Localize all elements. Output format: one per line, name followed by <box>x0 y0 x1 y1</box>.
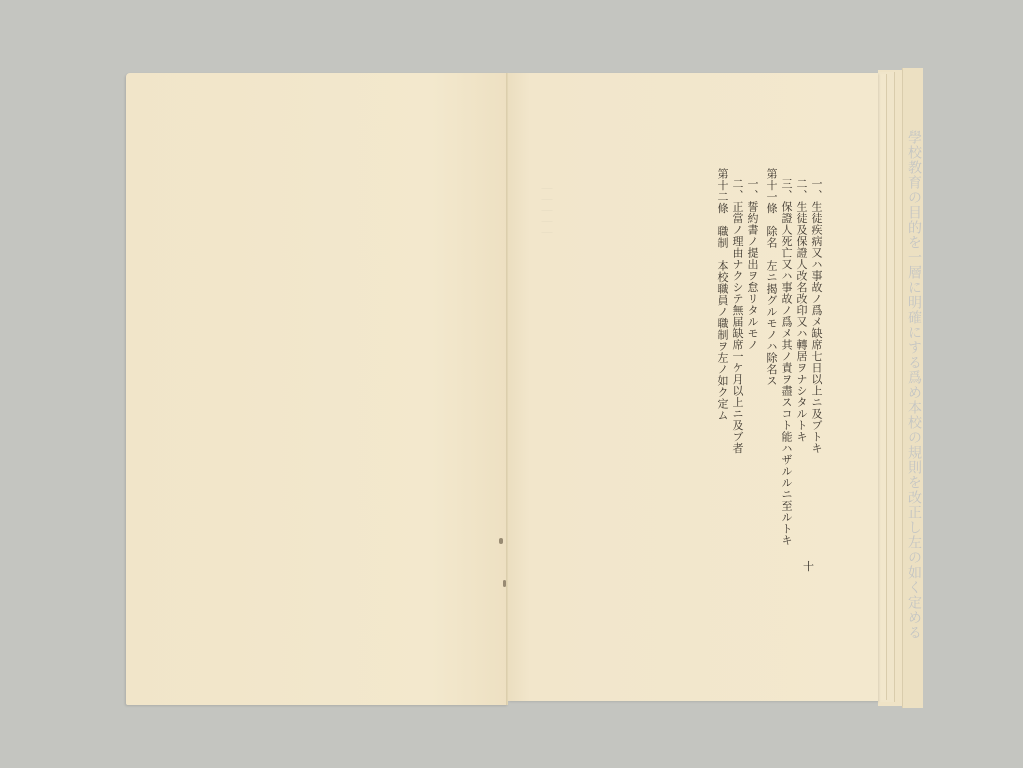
left-page <box>126 73 508 705</box>
binding-stain <box>503 580 506 587</box>
article-heading: 第十二條 職制 本校職員ノ職制ヲ左ノ如ク定ム <box>716 168 729 588</box>
text-line: 二、正當ノ理由ナクシテ無届缺席一ケ月以上ニ及ブ者 <box>731 178 744 588</box>
text-line: 二、生徒及保證人改名改印又ハ轉居ヲナシタルトキ <box>795 178 808 588</box>
text-line: 一、誓約書ノ提出ヲ怠リタルモノ <box>746 178 759 588</box>
center-fold <box>506 73 508 705</box>
binding-stain <box>499 538 503 544</box>
ghost-show-through: ｜｜｜｜｜ <box>538 183 554 583</box>
page-number: 十 <box>803 558 814 574</box>
text-line: 一、生徒疾病又ハ事故ノ爲メ缺席七日以上ニ及ブトキ <box>810 178 823 588</box>
article-heading: 第十一條 除名 左ニ揭グルモノハ除名ス <box>765 168 778 588</box>
text-line: 三、保證人死亡又ハ事故ノ爲メ其ノ責ヲ盡スコト能ハザルルニ至ルトキ <box>780 178 793 588</box>
bleed-through-text: 學校教育の目的を一層に明確にする爲め本校の規則を改正し左の如く定める <box>904 130 924 640</box>
page-edge-inner-2 <box>878 74 887 700</box>
right-page-text: 一、生徒疾病又ハ事故ノ爲メ缺席七日以上ニ及ブトキ 二、生徒及保證人改名改印又ハ轉… <box>710 168 823 588</box>
scanned-booklet: 學校教育の目的を一層に明確にする爲め本校の規則を改正し左の如く定める ｜｜｜｜｜… <box>0 0 1023 768</box>
